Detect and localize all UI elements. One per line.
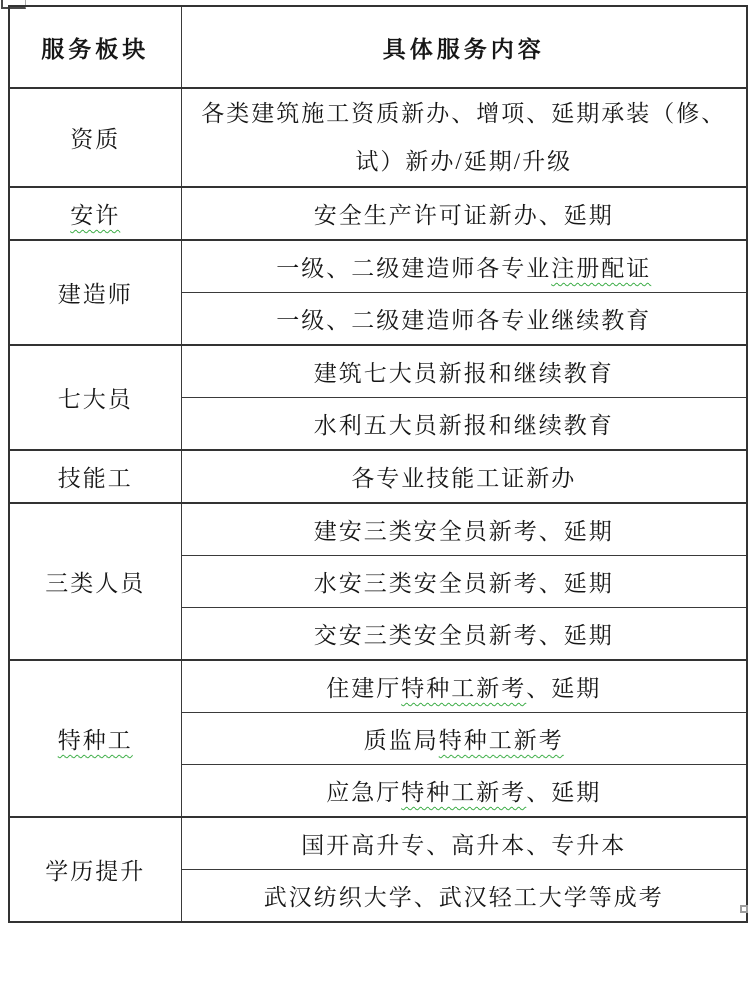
text-run: 建造师 bbox=[58, 282, 133, 307]
document-page: 服务板块 具体服务内容 资质各类建筑施工资质新办、增项、延期承装（修、试）新办/… bbox=[0, 0, 750, 989]
text-run: 水安三类安全员新考、延期 bbox=[314, 571, 614, 596]
service-content-cell[interactable]: 各专业技能工证新办 bbox=[181, 450, 747, 503]
table-row: 技能工各专业技能工证新办 bbox=[9, 450, 747, 503]
spellcheck-flagged-text: 特种工新考 bbox=[439, 728, 564, 753]
table-row: 七大员建筑七大员新报和继续教育 bbox=[9, 345, 747, 398]
text-run: 资质 bbox=[70, 127, 120, 152]
text-run: 质监局 bbox=[364, 728, 439, 753]
service-content-cell[interactable]: 水利五大员新报和继续教育 bbox=[181, 398, 747, 451]
text-run: 水利五大员新报和继续教育 bbox=[314, 413, 614, 438]
header-col-service-section[interactable]: 服务板块 bbox=[9, 6, 181, 88]
service-content-cell[interactable]: 应急厅特种工新考、延期 bbox=[181, 765, 747, 818]
text-run: 建筑七大员新报和继续教育 bbox=[314, 361, 614, 386]
text-run: 住建厅 bbox=[326, 676, 401, 701]
table-row: 特种工住建厅特种工新考、延期 bbox=[9, 660, 747, 713]
service-table-body: 资质各类建筑施工资质新办、增项、延期承装（修、试）新办/延期/升级安许安全生产许… bbox=[9, 88, 747, 922]
text-run: 、延期 bbox=[526, 676, 601, 701]
text-run: 安全生产许可证新办、延期 bbox=[314, 203, 614, 228]
text-run: 各类建筑施工资质新办、增项、延期承装（修、试）新办/延期/升级 bbox=[201, 101, 726, 174]
text-run: 七大员 bbox=[58, 387, 133, 412]
spellcheck-flagged-text: 特种工 bbox=[58, 728, 133, 753]
service-content-cell[interactable]: 交安三类安全员新考、延期 bbox=[181, 608, 747, 661]
text-run: 各专业技能工证新办 bbox=[351, 466, 576, 491]
spellcheck-flagged-text: 安许 bbox=[70, 203, 120, 228]
service-content-cell[interactable]: 各类建筑施工资质新办、增项、延期承装（修、试）新办/延期/升级 bbox=[181, 88, 747, 187]
table-row: 资质各类建筑施工资质新办、增项、延期承装（修、试）新办/延期/升级 bbox=[9, 88, 747, 187]
group-label-cell[interactable]: 三类人员 bbox=[9, 503, 181, 660]
spellcheck-flagged-text: 特种工新考 bbox=[401, 676, 526, 701]
service-content-cell[interactable]: 水安三类安全员新考、延期 bbox=[181, 556, 747, 608]
spellcheck-flagged-text: 特种工新考 bbox=[401, 780, 526, 805]
service-content-cell[interactable]: 一级、二级建造师各专业继续教育 bbox=[181, 293, 747, 346]
group-label-cell[interactable]: 资质 bbox=[9, 88, 181, 187]
service-table: 服务板块 具体服务内容 资质各类建筑施工资质新办、增项、延期承装（修、试）新办/… bbox=[8, 5, 748, 923]
text-run: 建安三类安全员新考、延期 bbox=[314, 519, 614, 544]
service-content-cell[interactable]: 一级、二级建造师各专业注册配证 bbox=[181, 240, 747, 293]
service-content-cell[interactable]: 质监局特种工新考 bbox=[181, 713, 747, 765]
header-col-service-content[interactable]: 具体服务内容 bbox=[181, 6, 747, 88]
text-run: 国开高升专、高升本、专升本 bbox=[301, 833, 626, 858]
group-label-cell[interactable]: 特种工 bbox=[9, 660, 181, 817]
text-run: 技能工 bbox=[58, 466, 133, 491]
table-header-row: 服务板块 具体服务内容 bbox=[9, 6, 747, 88]
table-resize-handle[interactable] bbox=[740, 905, 748, 913]
group-label-cell[interactable]: 学历提升 bbox=[9, 817, 181, 922]
table-row: 三类人员建安三类安全员新考、延期 bbox=[9, 503, 747, 556]
service-content-cell[interactable]: 安全生产许可证新办、延期 bbox=[181, 187, 747, 240]
text-run: 一级、二级建造师各专业 bbox=[276, 256, 551, 281]
table-row: 建造师一级、二级建造师各专业注册配证 bbox=[9, 240, 747, 293]
text-run: 武汉纺织大学、武汉轻工大学等成考 bbox=[264, 885, 664, 910]
service-content-cell[interactable]: 武汉纺织大学、武汉轻工大学等成考 bbox=[181, 870, 747, 923]
text-run: 三类人员 bbox=[45, 571, 145, 596]
service-content-cell[interactable]: 住建厅特种工新考、延期 bbox=[181, 660, 747, 713]
table-row: 安许安全生产许可证新办、延期 bbox=[9, 187, 747, 240]
group-label-cell[interactable]: 七大员 bbox=[9, 345, 181, 450]
service-content-cell[interactable]: 建安三类安全员新考、延期 bbox=[181, 503, 747, 556]
spellcheck-flagged-text: 注册配证 bbox=[551, 256, 651, 281]
text-run: 应急厅 bbox=[326, 780, 401, 805]
group-label-cell[interactable]: 安许 bbox=[9, 187, 181, 240]
service-content-cell[interactable]: 建筑七大员新报和继续教育 bbox=[181, 345, 747, 398]
group-label-cell[interactable]: 建造师 bbox=[9, 240, 181, 345]
service-content-cell[interactable]: 国开高升专、高升本、专升本 bbox=[181, 817, 747, 870]
text-run: 交安三类安全员新考、延期 bbox=[314, 623, 614, 648]
table-row: 学历提升国开高升专、高升本、专升本 bbox=[9, 817, 747, 870]
text-run: 、延期 bbox=[526, 780, 601, 805]
text-run: 一级、二级建造师各专业继续教育 bbox=[276, 308, 651, 333]
group-label-cell[interactable]: 技能工 bbox=[9, 450, 181, 503]
text-run: 学历提升 bbox=[45, 859, 145, 884]
